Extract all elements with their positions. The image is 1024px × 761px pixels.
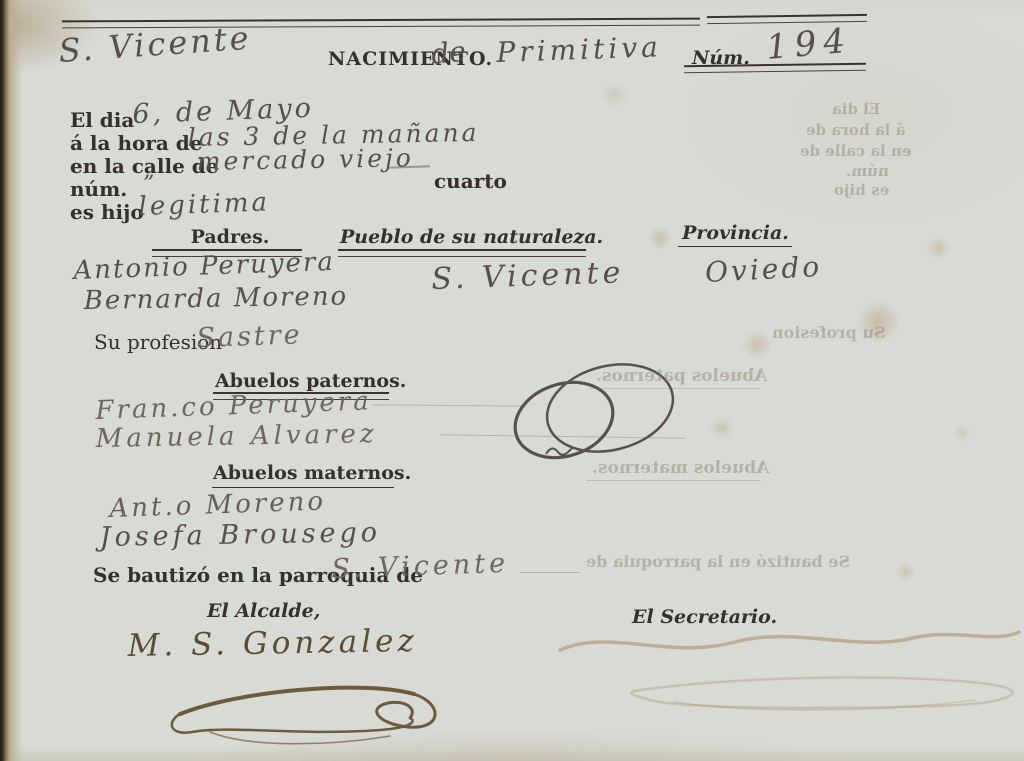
maternal-grandmother-handwritten: Josefa Brousego — [99, 517, 381, 553]
number-value-handwritten: 194 — [765, 21, 854, 68]
ghost-day-label: El dia — [832, 100, 880, 118]
day-label: El dia — [70, 108, 134, 132]
birth-record-document: S. Vicente NACIMIENTO. de Primitiva Núm.… — [0, 0, 1024, 761]
mother-name-handwritten: Bernarda Moreno — [83, 281, 348, 316]
ghost-hour-label: á la hora de — [806, 121, 905, 139]
paternal-grandmother-handwritten: Manuela Alvarez — [95, 419, 377, 454]
child-label: es hijo — [70, 200, 144, 224]
house-number-label: núm. — [70, 177, 127, 201]
hour-label: á la hora de — [70, 131, 203, 155]
province-header: Provincia. — [678, 222, 793, 244]
province-underline — [678, 246, 792, 249]
header-name-handwritten: Primitiva — [496, 30, 662, 69]
ghost-maternal-header: Abuelos maternos. — [592, 458, 769, 478]
signature-rubric-flourish — [150, 664, 460, 759]
street-value-handwritten: mercado viejo — [196, 143, 414, 176]
book-binding-edge — [0, 0, 22, 761]
baptism-parish-handwritten: S. Vicente — [331, 548, 510, 585]
ghost-maternal-underline — [586, 480, 761, 481]
ghost-street-label: en la calle de — [800, 142, 911, 160]
floor-label: cuarto — [434, 169, 507, 193]
child-status-handwritten: legitima — [138, 187, 271, 222]
ghost-paternal-header: Abuelos paternos. — [596, 366, 767, 386]
baptism-filler-dash — [520, 572, 580, 573]
mayor-label: El Alcalde, — [207, 600, 320, 622]
profession-value-handwritten: Sastre — [196, 319, 303, 354]
ghost-secretary-signature — [555, 618, 1024, 728]
ghost-baptism-label: Se bautizó en la parroquia de — [586, 552, 850, 571]
mayor-signature-handwritten: M. S. Gonzalez — [127, 623, 418, 664]
birthplace-underline — [338, 249, 586, 257]
header-of-handwritten: de — [430, 35, 468, 71]
number-underline — [684, 63, 866, 74]
birthplace-header: Pueblo de su naturaleza. — [340, 226, 588, 248]
ghost-number-label: núm. — [846, 162, 889, 180]
parents-header: Padres. — [155, 226, 305, 248]
province-value-handwritten: Oviedo — [704, 250, 823, 289]
ghost-child-label: es hijo — [834, 181, 889, 199]
ghost-paternal-underline — [590, 388, 760, 389]
birthplace-value-handwritten: S. Vicente — [431, 255, 625, 297]
father-name-handwritten: Antonio Peruyera — [73, 247, 335, 286]
maternal-grandparents-header: Abuelos maternos. — [213, 462, 393, 484]
ghost-profession-label: Su profesion — [772, 323, 886, 342]
document-title: NACIMIENTO. — [328, 48, 493, 70]
